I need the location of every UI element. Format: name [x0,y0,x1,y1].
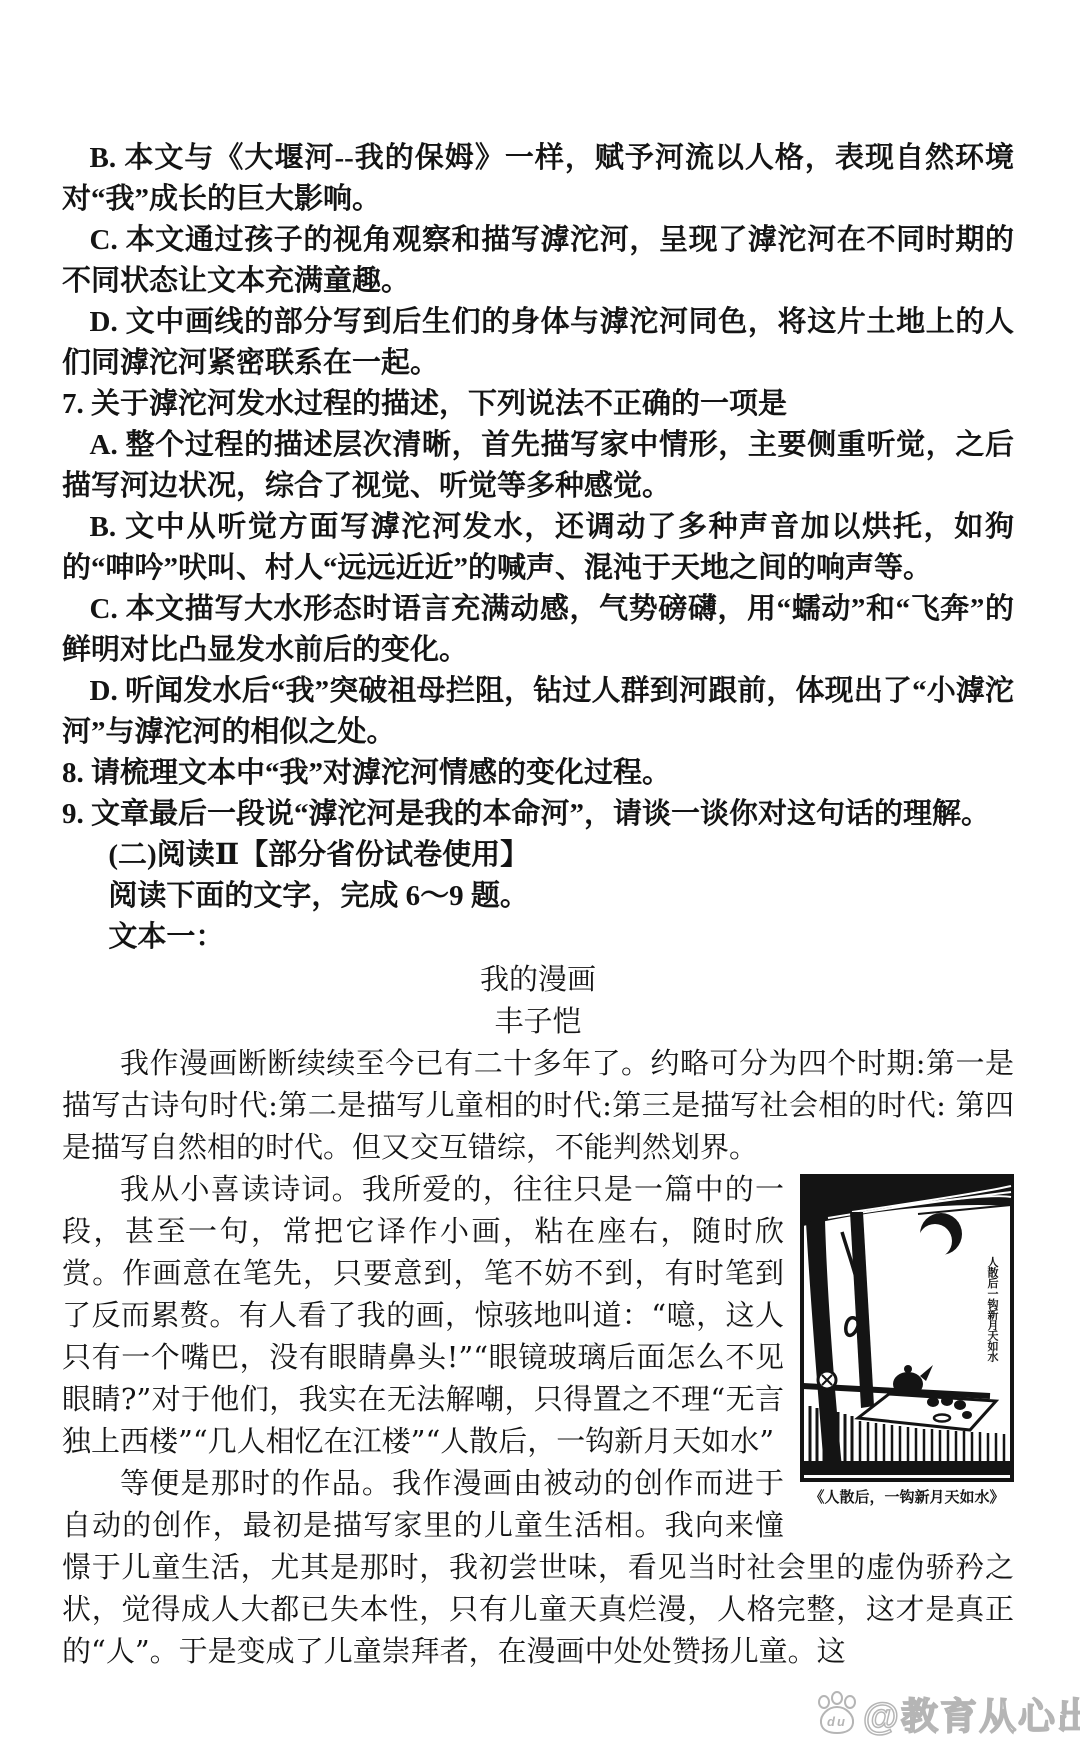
question-6-option-c: C. 本文通过孩子的视角观察和描写滹沱河，呈现了滹沱河在不同时期的不同状态让文本… [62,220,1014,302]
figure-caption: 《人散后，一钩新月天如水》 [800,1488,1014,1508]
comic-bottom-border [803,1461,1011,1475]
question-6-option-b: B. 本文与《大堰河--我的保姆》一样，赋予河流以人格，表现自然环境对“我”成长… [62,138,1014,220]
fruit [962,1411,972,1419]
svg-text:du: du [827,1714,847,1729]
text-1-label: 文本一： [62,917,1014,958]
essay-author: 丰子恺 [62,1000,1014,1042]
question-9: 9. 文章最后一段说“滹沱河是我的本命河”，请谈一谈你对这句话的理解。 [62,794,1014,835]
cord-knot [818,1371,836,1389]
question-7-stem: 7. 关于滹沱河发水过程的描述，下列说法不正确的一项是 [62,384,1014,425]
section-2-heading: (二)阅读Ⅱ【部分省份试卷使用】 [62,835,1014,876]
essay: 我的漫画 丰子恺 我作漫画断断续续至今已有二十多年了。约略可分为四个时期:第一是… [62,958,1014,1672]
question-7-option-d: D. 听闻发水后“我”突破祖母拦阻，钻过人群到河跟前，体现出了“小滹沱河”与滹沱… [62,671,1014,753]
comic-illustration: 人散后一钩新月天如水 [800,1174,1014,1482]
question-6-option-d: D. 文中画线的部分写到后生们的身体与滹沱河同色，将这片土地上的人们同滹沱河紧密… [62,302,1014,384]
watermark: du @教育从心出 [814,1686,1080,1740]
essay-title: 我的漫画 [62,958,1014,1000]
baidu-paw-icon: du [814,1691,860,1735]
question-7-option-c: C. 本文描写大水形态时语言充满动感，气势磅礴，用“蠕动”和“飞奔”的鲜明对比凸… [62,589,1014,671]
watermark-handle: @教育从心出 [863,1686,1080,1740]
section-2-instruction: 阅读下面的文字，完成 6～9 题。 [62,876,1014,917]
question-7-option-a: A. 整个过程的描述层次清晰，首先描写家中情形，主要侧重听觉，之后描写河边状况，… [62,425,1014,507]
exam-page: B. 本文与《大堰河--我的保姆》一样，赋予河流以人格，表现自然环境对“我”成长… [0,0,1080,1756]
question-7-option-b: B. 文中从听觉方面写滹沱河发水，还调动了多种声音加以烘托，如狗的“呻吟”吠叫、… [62,507,1014,589]
exam-content: B. 本文与《大堰河--我的保姆》一样，赋予河流以人格，表现自然环境对“我”成长… [0,0,1080,1672]
question-8: 8. 请梳理文本中“我”对滹沱河情感的变化过程。 [62,753,1014,794]
plate [934,1415,950,1422]
comic-inscription: 人散后一钩新月天如水 [988,1256,999,1364]
essay-figure: 人散后一钩新月天如水 [800,1174,1014,1508]
essay-paragraph-1: 我作漫画断断续续至今已有二十多年了。约略可分为四个时期:第一是描写古诗句时代:第… [62,1042,1014,1168]
